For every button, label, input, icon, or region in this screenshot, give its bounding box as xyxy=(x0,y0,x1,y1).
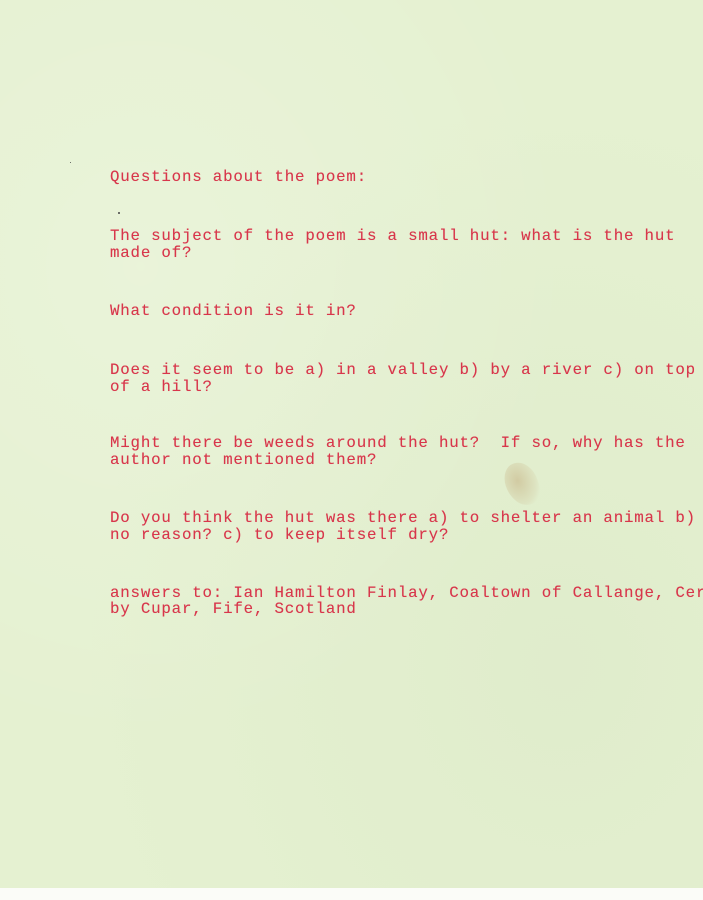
ink-speck xyxy=(118,212,120,214)
heading: Questions about the poem: xyxy=(110,169,367,186)
question-line: made of? xyxy=(110,245,192,262)
ink-speck xyxy=(70,162,71,163)
question-line: Do you think the hut was there a) to she… xyxy=(110,510,703,527)
address-line: by Cupar, Fife, Scotland xyxy=(110,601,357,618)
paper-stain xyxy=(500,458,544,510)
question-line: Might there be weeds around the hut? If … xyxy=(110,435,686,452)
question-line: no reason? c) to keep itself dry? xyxy=(110,527,449,544)
question-line: What condition is it in? xyxy=(110,303,357,320)
question-line: of a hill? xyxy=(110,379,213,396)
question-line: The subject of the poem is a small hut: … xyxy=(110,228,675,245)
typewritten-page: Questions about the poem: The subject of… xyxy=(0,0,703,888)
question-line: Does it seem to be a) in a valley b) by … xyxy=(110,362,696,379)
question-line: author not mentioned them? xyxy=(110,452,377,469)
